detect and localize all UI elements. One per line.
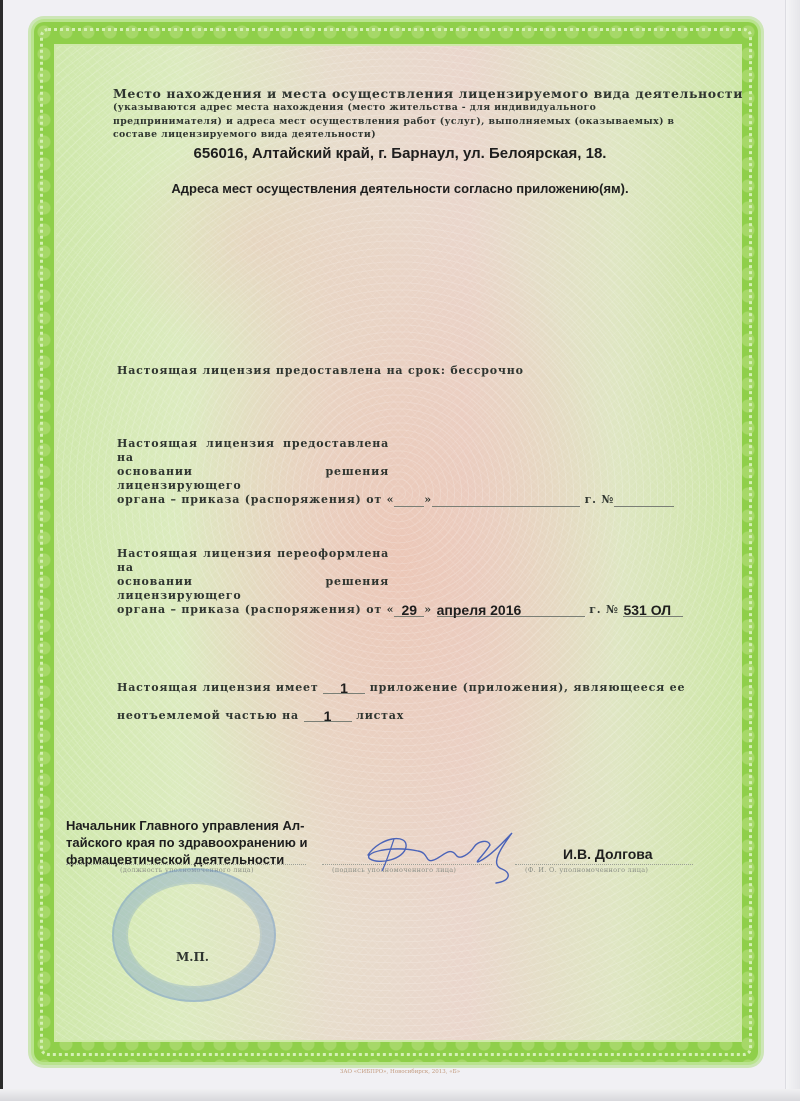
license-term: Настоящая лицензия предоставлена на срок… bbox=[117, 364, 524, 377]
appendix-line-1: Настоящая лицензия имеет 1 приложение (п… bbox=[117, 680, 685, 694]
granted-line-2: основании решения лицензирующего bbox=[117, 465, 389, 493]
quote-close: » bbox=[424, 603, 432, 616]
address-note: Адреса мест осуществления деятельности с… bbox=[0, 181, 800, 196]
granted-day-field bbox=[394, 493, 424, 507]
scan-edge-right bbox=[785, 0, 800, 1101]
granted-basis: Настоящая лицензия предоставлена на осно… bbox=[117, 437, 674, 507]
scan-edge-bottom bbox=[0, 1089, 800, 1101]
official-seal bbox=[112, 868, 276, 1002]
reissued-month-year-field: апреля 2016 bbox=[437, 603, 585, 617]
quote-close: » bbox=[424, 493, 432, 506]
granted-order-number-field bbox=[614, 493, 674, 507]
quote-open: « bbox=[387, 603, 395, 616]
year-number-label: г. № bbox=[589, 603, 619, 616]
reissued-line-1: Настоящая лицензия переоформлена на bbox=[117, 547, 389, 575]
appendix-sheets-field: 1 bbox=[304, 708, 352, 722]
term-label: Настоящая лицензия предоставлена на срок… bbox=[117, 364, 446, 377]
handwritten-signature bbox=[360, 825, 530, 885]
reissued-line-2: основании решения лицензирующего bbox=[117, 575, 389, 603]
appendix-text-3: неотъемлемой частью на bbox=[117, 709, 299, 722]
printer-imprint: ЗАО «СИБПРО», Новосибирск, 2013, «Б» bbox=[0, 1069, 800, 1075]
year-number-label: г. № bbox=[585, 493, 615, 506]
signatory-name: И.В. Долгова bbox=[563, 846, 653, 862]
term-value: бессрочно bbox=[450, 364, 523, 377]
caption-name: (Ф. И. О. уполномоченного лица) bbox=[525, 866, 648, 874]
appendix-text-2: приложение (приложения), являющееся ее bbox=[370, 681, 686, 694]
address: 656016, Алтайский край, г. Барнаул, ул. … bbox=[0, 145, 800, 162]
reissued-basis: Настоящая лицензия переоформлена на осно… bbox=[117, 547, 683, 617]
quote-open: « bbox=[387, 493, 395, 506]
signatory-position: Начальник Главного управления Ал- тайско… bbox=[66, 817, 307, 868]
reissued-line-3: органа – приказа (распоряжения) от «29» … bbox=[117, 603, 683, 617]
granted-month-year-field bbox=[432, 493, 580, 507]
section-heading: Место нахождения и места осуществления л… bbox=[113, 86, 743, 101]
position-line-2: тайского края по здравоохранению и bbox=[66, 834, 307, 851]
position-line-1: Начальник Главного управления Ал- bbox=[66, 817, 307, 834]
appendix-count-field: 1 bbox=[323, 680, 365, 694]
reissued-day-field: 29 bbox=[394, 603, 424, 617]
section-heading-note: (указываются адрес места нахождения (мес… bbox=[113, 101, 693, 142]
name-line bbox=[515, 864, 693, 865]
reissued-line-3-text: органа – приказа (распоряжения) от bbox=[117, 603, 382, 616]
appendix-text-4: листах bbox=[356, 709, 404, 722]
position-line bbox=[66, 864, 306, 865]
scan-edge-left bbox=[0, 0, 3, 1101]
appendix-line-2: неотъемлемой частью на 1 листах bbox=[117, 708, 404, 722]
seal-placeholder-label: М.П. bbox=[176, 950, 209, 964]
appendix-text-1: Настоящая лицензия имеет bbox=[117, 681, 318, 694]
granted-line-3-text: органа – приказа (распоряжения) от bbox=[117, 493, 382, 506]
reissued-order-number-field: 531 ОЛ bbox=[623, 603, 683, 617]
granted-line-1: Настоящая лицензия предоставлена на bbox=[117, 437, 389, 465]
granted-line-3: органа – приказа (распоряжения) от «» г.… bbox=[117, 493, 674, 507]
